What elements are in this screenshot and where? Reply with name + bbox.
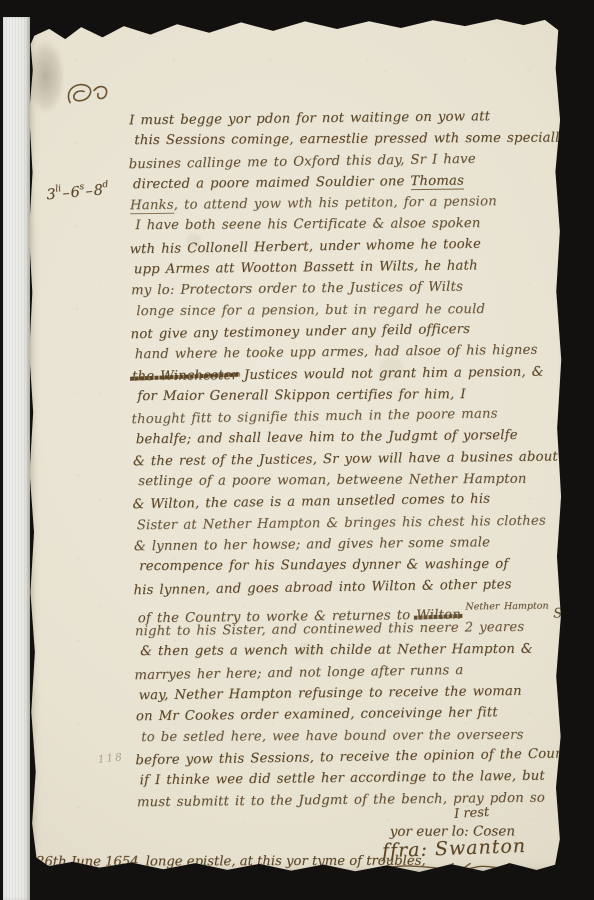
- margin-cost-note: 3li–6s–8d: [46, 180, 110, 204]
- book-page-edge-strip: [3, 17, 30, 900]
- dateline-date: 26th June 1654: [36, 854, 139, 869]
- manuscript-photograph: 3li–6s–8d 118 I must begge yor pdon for …: [0, 0, 594, 900]
- letter-closing: I rest yor euer lo: Cosen: [390, 807, 515, 839]
- letter-body: I must begge yor pdon for not waitinge o…: [127, 105, 563, 813]
- margin-pence-unit: d: [102, 180, 109, 190]
- dateline-text: longe epistle, at this yor tyme of troub…: [146, 854, 426, 870]
- closing-rest: I rest: [389, 805, 489, 825]
- scribal-flourish-icon: [62, 78, 116, 118]
- manuscript-paper: 3li–6s–8d 118 I must begge yor pdon for …: [28, 17, 563, 874]
- dateline: 26th June 1654longe epistle, at this yor…: [36, 854, 426, 870]
- pencil-folio-number: 118: [97, 751, 124, 766]
